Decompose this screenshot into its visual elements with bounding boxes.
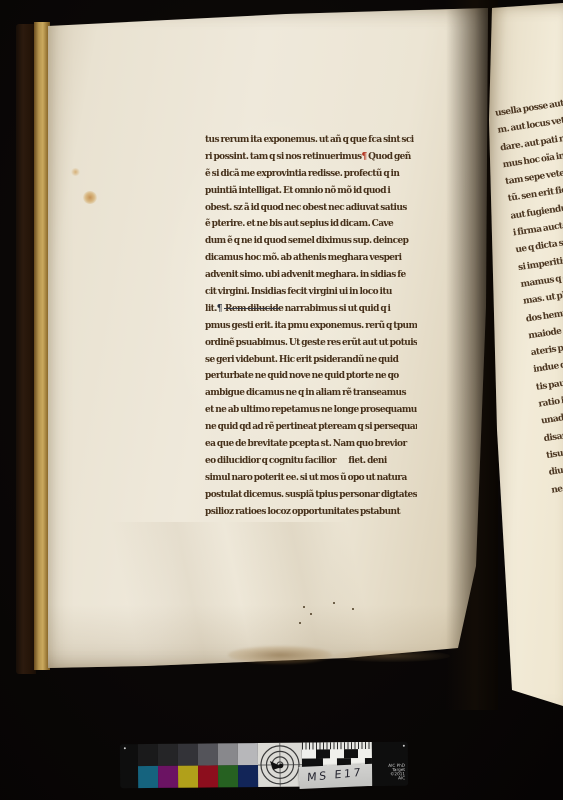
manuscript-text-line: ordinẽ psuabimus. Ut geste res erũt aut … [205, 335, 417, 352]
manuscript-text-line: cit virgini. Insidias fecit virgini ui i… [205, 284, 417, 301]
grayscale-patch [138, 744, 158, 766]
page-fore-edges [34, 22, 50, 670]
color-patch [198, 765, 218, 787]
manuscript-text-line: tus rerum ita exponemus. ut añ q que fca… [205, 132, 417, 149]
text-segment: cit virgini. Insidias fecit virgini ui i… [205, 287, 392, 297]
label-strip: MS E17 [299, 764, 374, 789]
ink-speckle [310, 613, 312, 615]
color-patch [218, 765, 238, 787]
manuscript-text-line: ẽ pterire. et ne bis aut sepius id dicam… [205, 216, 417, 233]
color-patch [238, 765, 258, 787]
grayscale-patch [178, 744, 198, 766]
text-segment: ri possint. tam q si nos retinuerimus [205, 152, 362, 162]
manuscript-text-line: lit.¶ Rem dilucide narrabimus si ut quid… [205, 301, 417, 318]
text-segment: se geri videbunt. Hic erit psiderandũ ne… [205, 355, 398, 365]
ink-speckle [352, 608, 354, 610]
blue-paraph-mark: ¶ [217, 304, 222, 314]
text-segment: dicamus hoc mõ. ab athenis meghara vespe… [205, 253, 401, 263]
target-credit-text: AIC PhD Target ©2011 AIC [382, 764, 405, 781]
color-patch [158, 766, 178, 788]
manuscript-text-line: perturbate ne quid nove ne quid ptorte n… [205, 368, 417, 385]
text-segment: ambigue dicamus ne q in aliam rẽ transea… [205, 388, 406, 398]
text-segment: perturbate ne quid nove ne quid ptorte n… [205, 371, 399, 381]
manuscript-text-line: dicamus hoc mõ. ab athenis meghara vespe… [205, 250, 417, 267]
color-row [138, 765, 258, 788]
credit-line-2: ©2011 AIC [382, 772, 405, 781]
text-segment: ordinẽ psuabimus. Ut geste res erũt aut … [205, 338, 417, 348]
target-right-cap: AIC PhD Target ©2011 AIC [372, 742, 408, 786]
manuscript-text-line: pmus gesti erit. ita pmu exponemus. rerũ… [205, 318, 417, 335]
text-segment: ẽ si dicã me exprovintia redisse. profec… [205, 169, 399, 179]
target-left-cap [120, 744, 138, 788]
manuscript-text-line: ri possint. tam q si nos retinuerimus¶ Q… [205, 149, 417, 166]
manuscript-text-line: ẽ si dicã me exprovintia redisse. profec… [205, 166, 417, 183]
focus-target-icon [258, 743, 302, 787]
text-segment: pmus gesti erit. ita pmu exponemus. rerũ… [205, 321, 417, 331]
manuscript-text-line: psilioz ratioes locoz opportunitates pst… [205, 504, 417, 521]
text-segment: advenit simo. ubi advenit meghara. in si… [205, 270, 406, 280]
grayscale-row [138, 743, 258, 766]
manuscript-text-line: advenit simo. ubi advenit meghara. in si… [205, 267, 417, 284]
ink-speckle [299, 622, 301, 624]
color-patch [178, 766, 198, 788]
registration-dot [403, 745, 405, 747]
manuscript-text-line: dum ẽ q ne id quod semel diximus sup. de… [205, 233, 417, 250]
grayscale-patch [238, 743, 258, 765]
text-segment: ne quid qd ad rẽ pertineat pteream q si … [205, 422, 417, 432]
manuscript-text-line: eo dilucidior q cognitu facilior fiet. d… [205, 453, 417, 470]
main-text-block: tus rerum ita exponemus. ut añ q que fca… [205, 132, 417, 520]
manuscript-text-line: ne quid qd ad rẽ pertineat pteream q si … [205, 419, 417, 436]
parchment-wrinkles [46, 522, 490, 672]
text-segment: et ne ab ultimo repetamus ne longe prose… [205, 405, 417, 415]
ink-speckle [303, 606, 305, 608]
text-segment: ea que de brevitate pcepta st. Nam quo b… [205, 439, 407, 449]
manuscript-text-line: simul naro poterit ee. si ut mos ũ opo u… [205, 470, 417, 487]
book-cover-edge [16, 24, 36, 674]
manuscript-text-line: et ne ab ultimo repetamus ne longe prose… [205, 402, 417, 419]
text-segment: dum ẽ q ne id quod semel diximus sup. de… [205, 236, 408, 246]
manuscript-text-line: ea que de brevitate pcepta st. Nam quo b… [205, 436, 417, 453]
handwritten-shelfmark: MS E17 [307, 766, 363, 784]
manuscript-text-line: ambigue dicamus ne q in aliam rẽ transea… [205, 385, 417, 402]
focus-target [258, 743, 302, 787]
manuscript-photo-scene: tus rerum ita exponemus. ut añ q que fca… [0, 0, 563, 800]
text-segment: eo dilucidior q cognitu facilior fiet. d… [205, 456, 387, 466]
color-patch [138, 766, 158, 788]
text-segment: postulat dicemus. suspiã tpius personar … [205, 490, 417, 500]
text-segment: Quod geñ [367, 152, 411, 162]
text-segment: ẽ pterire. et ne bis aut sepius id dicam… [205, 219, 393, 229]
color-target-bar: MS E17 AIC PhD Target ©2011 AIC [120, 742, 408, 789]
grayscale-patch [198, 743, 218, 765]
grayscale-patch [158, 744, 178, 766]
patch-grid [138, 743, 258, 788]
text-segment: simul naro poterit ee. si ut mos ũ opo u… [205, 473, 407, 483]
text-segment: tus rerum ita exponemus. ut añ q que fca… [205, 135, 414, 145]
grayscale-patch [218, 743, 238, 765]
manuscript-text-line: puintiã intelligat. Et omnio nõ mõ id qu… [205, 183, 417, 200]
ink-speckle [333, 602, 335, 604]
text-segment: puintiã intelligat. Et omnio nõ mõ id qu… [205, 186, 390, 196]
manuscript-text-line: postulat dicemus. suspiã tpius personar … [205, 487, 417, 504]
text-segment: lit. [205, 304, 217, 314]
text-segment: psilioz ratioes locoz opportunitates pst… [205, 507, 400, 517]
registration-dot [124, 747, 126, 749]
manuscript-text-line: obest. sz ã id quod nec obest nec adiuva… [205, 200, 417, 217]
manuscript-text-line: se geri videbunt. Hic erit psiderandũ ne… [205, 352, 417, 369]
text-segment: obest. sz ã id quod nec obest nec adiuva… [205, 203, 407, 213]
